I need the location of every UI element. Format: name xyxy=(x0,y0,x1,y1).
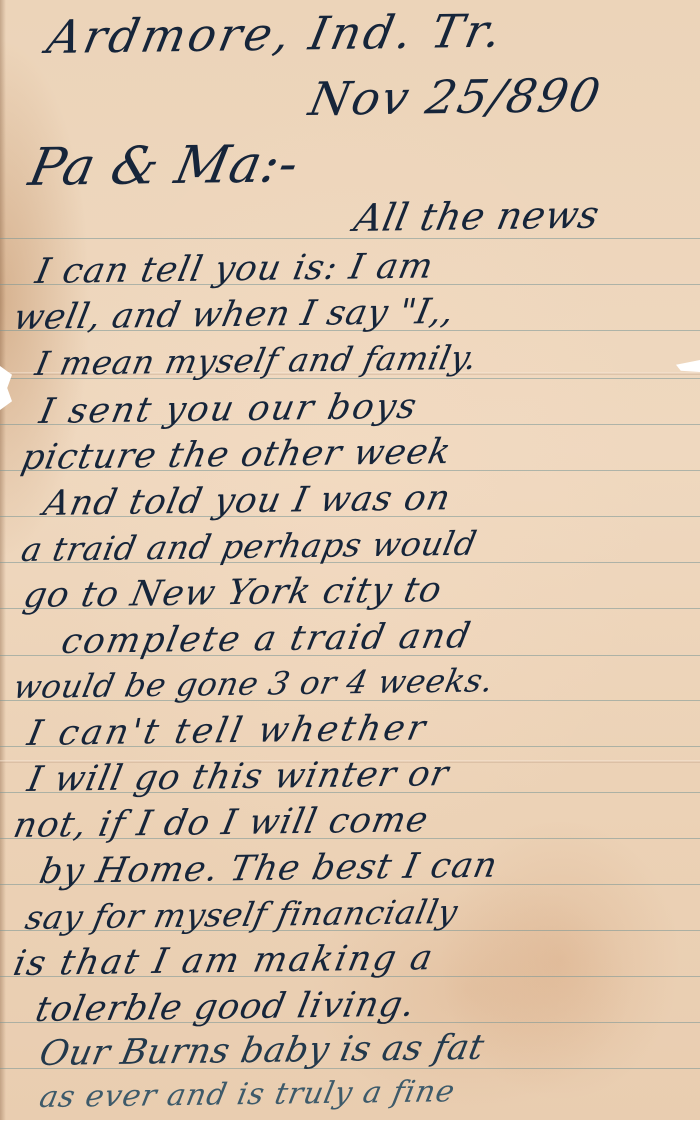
letter-place: Ardmore, Ind. Tr. xyxy=(43,4,509,64)
letter-line: I can tell you is: I am xyxy=(32,246,437,292)
letter-line: by Home. The best I can xyxy=(36,846,501,892)
letter-line: as ever and is truly a fine xyxy=(37,1074,459,1115)
letter-line: is that I am making a xyxy=(10,938,438,984)
letter-line: say for myself financially xyxy=(22,892,461,937)
letter-line: well, and when I say "I,, xyxy=(10,292,458,338)
letter-salutation: Pa & Ma:- xyxy=(24,134,304,198)
letter-line: I can't tell whether xyxy=(24,708,431,754)
letter-line: go to New York city to xyxy=(20,570,446,616)
letter-line: not, if I do I will come xyxy=(10,800,432,846)
letter-line: All the news xyxy=(351,193,604,240)
letter-line: I sent you our boys xyxy=(36,387,422,432)
letter-line: And told you I was on xyxy=(40,478,454,524)
letter-line: tolerble good living. xyxy=(32,985,419,1030)
letter-line: picture the other week xyxy=(18,432,455,478)
letter-date: Nov 25/890 xyxy=(305,68,607,126)
paper-tear-right xyxy=(676,360,700,372)
letter-line: would be gone 3 or 4 weeks. xyxy=(10,661,497,706)
letter-line: Our Burns baby is as fat xyxy=(36,1028,488,1074)
paper-edge-stain xyxy=(0,0,6,1127)
letter-line: I mean myself and family. xyxy=(32,338,481,383)
letter-paper: Ardmore, Ind. Tr. Nov 25/890 Pa & Ma:- A… xyxy=(0,0,700,1127)
letter-line: a traid and perhaps would xyxy=(18,524,480,569)
letter-line: complete a traid and xyxy=(58,616,475,662)
paper-bottom-edge xyxy=(0,1120,700,1127)
letter-line: I will go this winter or xyxy=(24,754,452,800)
